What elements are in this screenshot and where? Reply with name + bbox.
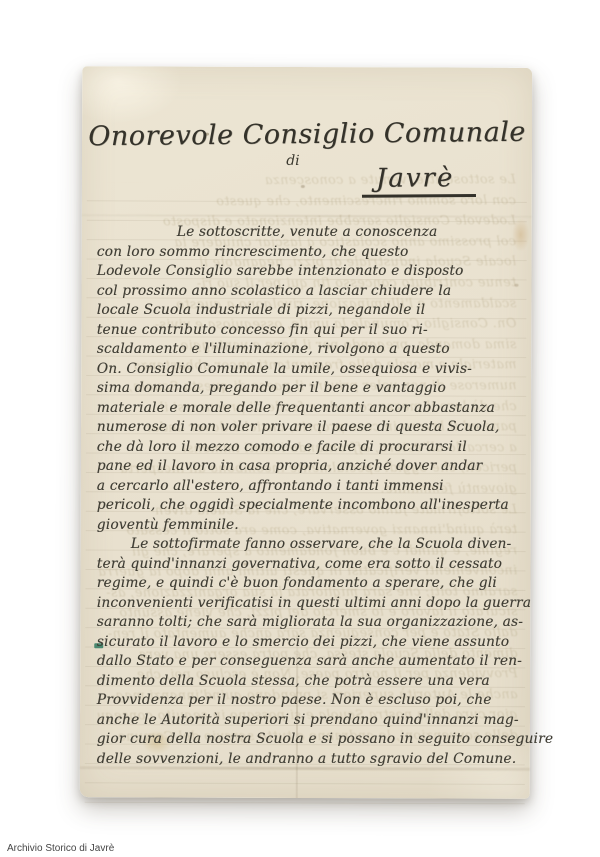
manuscript-line: sicurato il lavoro e lo smercio dei pizz… [97, 633, 523, 653]
manuscript-page: Le sottoscritte, venute a conoscenzacon … [80, 66, 533, 799]
manuscript-line: sima domanda, pregando per il bene e van… [97, 379, 523, 399]
manuscript-line: On. Consiglio Comunale la umile, ossequi… [97, 360, 523, 380]
manuscript-line: regime, e quindi c'è buon fondamento a s… [97, 574, 523, 594]
manuscript-line: dimento della Scuola stessa, che potrà e… [97, 672, 523, 692]
manuscript-line: materiale e morale delle frequentanti an… [97, 399, 523, 419]
manuscript-line: Provvidenza per il nostro paese. Non è e… [97, 691, 523, 711]
manuscript-line: a cercarlo all'estero, affrontando i tan… [97, 477, 523, 497]
scan-stage: Le sottoscritte, venute a conoscenzacon … [0, 0, 600, 857]
manuscript-line: numerose di non voler privare il paese d… [97, 418, 523, 438]
manuscript-line: saranno tolti; che sarà migliorata la su… [97, 613, 523, 633]
manuscript-line: delle sovvenzioni, le andranno a tutto s… [97, 750, 523, 770]
manuscript-line: tenue contributo concesso fin qui per il… [97, 321, 523, 341]
manuscript-line: gior cura della nostra Scuola e si possa… [97, 730, 523, 750]
manuscript-line: pane ed il lavoro in casa propria, anzic… [97, 457, 523, 477]
manuscript-line: scaldamento e l'illuminazione, rivolgono… [97, 340, 523, 360]
manuscript-line: dallo Stato e per conseguenza sarà anche… [97, 652, 523, 672]
manuscript-line: gioventù femminile. [97, 516, 523, 536]
manuscript-line: Le sottofirmate fanno osservare, che la … [97, 535, 523, 555]
manuscript-line: terà quind'innanzi governativa, come era… [97, 555, 523, 575]
manuscript-line: che dà loro il mezzo comodo e facile di … [97, 438, 523, 458]
document-place-name: Javrè [361, 163, 476, 198]
document-body: Le sottoscritte, venute a conoscenzacon … [97, 223, 523, 769]
manuscript-line: con loro sommo rincrescimento, che quest… [97, 243, 523, 263]
archive-watermark: Archivio Storico di Javrè [7, 843, 114, 854]
manuscript-line: pericoli, che oggidì specialmente incomb… [97, 496, 523, 516]
manuscript-line: col prossimo anno scolastico a lasciar c… [97, 282, 523, 302]
manuscript-line: Lodevole Consiglio sarebbe intenzionato … [97, 262, 523, 282]
paragraph-1: Le sottoscritte, venute a conoscenzacon … [97, 223, 523, 535]
document-title: Onorevole Consiglio Comunale [82, 117, 532, 153]
manuscript-line: locale Scuola industriale di pizzi, nega… [97, 301, 523, 321]
paragraph-2: Le sottofirmate fanno osservare, che la … [97, 535, 523, 769]
document-header: Onorevole Consiglio Comunale di Javrè [82, 118, 532, 198]
manuscript-content: Onorevole Consiglio Comunale di Javrè Le… [80, 66, 533, 799]
manuscript-line: anche le Autorità superiori si prendano … [97, 711, 523, 731]
manuscript-line: Le sottoscritte, venute a conoscenza [97, 223, 523, 243]
manuscript-line: inconvenienti verificatisi in questi ult… [97, 594, 523, 614]
